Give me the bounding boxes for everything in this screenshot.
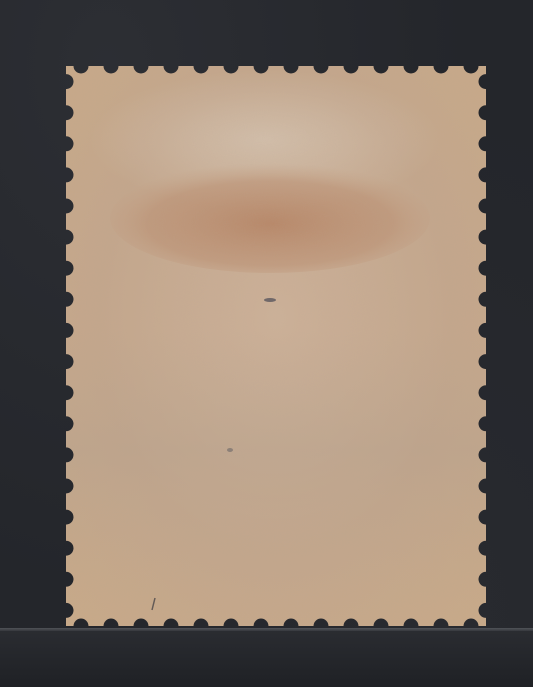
stamp-back — [0, 0, 533, 687]
